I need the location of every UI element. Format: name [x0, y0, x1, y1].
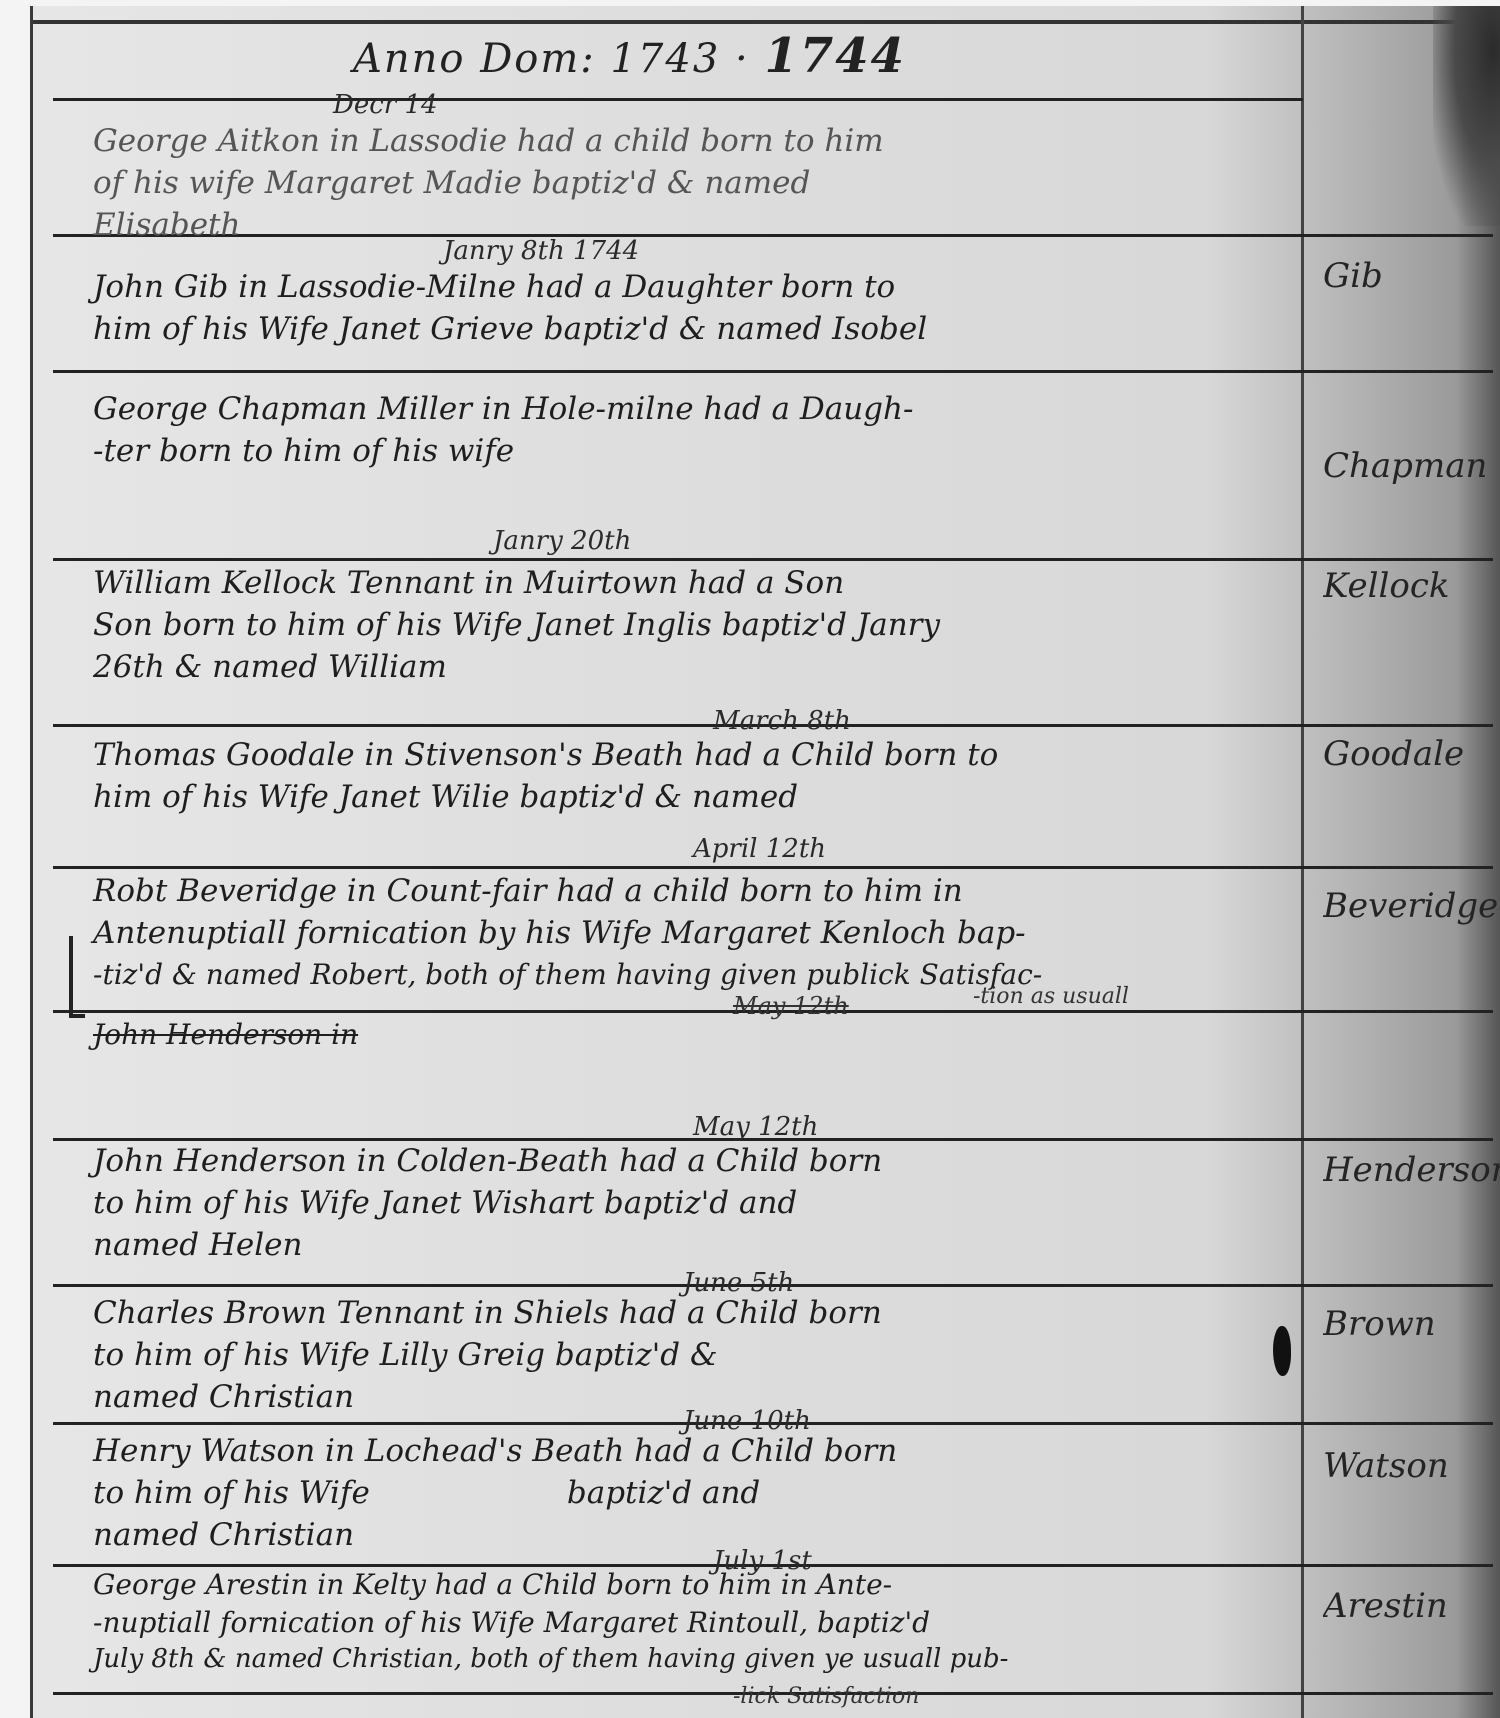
entry-line: Antenuptiall fornication by his Wife Mar…	[93, 912, 1323, 954]
entry-line: him of his Wife Janet Grieve baptiz'd & …	[93, 308, 1323, 350]
ink-blot	[1273, 1326, 1291, 1376]
entry-line: to him of his Wife Lilly Greig baptiz'd …	[93, 1334, 1323, 1376]
entry-line: named Helen	[93, 1224, 1323, 1266]
register-entry: June 10th Henry Watson in Lochead's Beat…	[93, 1406, 1323, 1556]
entry-line: Henry Watson in Lochead's Beath had a Ch…	[93, 1430, 1323, 1472]
entry-line: -ter born to him of his wife	[93, 430, 1323, 472]
page-header: Anno Dom: 1743 · 1744	[353, 28, 906, 84]
entry-date: Janry 20th	[493, 526, 631, 556]
margin-surname: Goodale	[1323, 734, 1500, 774]
entry-line: George Aitkon in Lassodie had a child bo…	[93, 120, 1323, 162]
entry-line: Robt Beveridge in Count-fair had a child…	[93, 870, 1323, 912]
register-entry: George Chapman Miller in Hole-milne had …	[93, 378, 1323, 472]
entry-line: to him of his Wife Janet Wishart baptiz'…	[93, 1182, 1323, 1224]
entry-line: July 8th & named Christian, both of them…	[93, 1642, 1323, 1676]
header-separator: ·	[735, 36, 750, 82]
entry-date: April 12th	[693, 834, 826, 864]
register-entry: June 5th Charles Brown Tennant in Shiels…	[93, 1268, 1323, 1418]
entry-date: Janry 8th 1744	[443, 236, 639, 266]
margin-surname: Kellock	[1323, 566, 1500, 606]
entry-line: 26th & named William	[93, 646, 1323, 688]
margin-surname: Watson	[1323, 1446, 1500, 1486]
entry-rule	[53, 98, 1303, 101]
register-entry: July 1st George Arestin in Kelty had a C…	[93, 1546, 1323, 1676]
top-rule	[33, 20, 1500, 24]
entry-date: March 8th	[713, 706, 851, 736]
entry-date: June 10th	[683, 1406, 811, 1436]
margin-surname: Gib	[1323, 256, 1500, 296]
margin-surname: Chapman	[1323, 446, 1500, 486]
register-entry: Janry 20th William Kellock Tennant in Mu…	[93, 526, 1323, 688]
entry-line: of his wife Margaret Madie baptiz'd & na…	[93, 162, 1323, 204]
entry-line: Son born to him of his Wife Janet Inglis…	[93, 604, 1323, 646]
entry-line: -nuptiall fornication of his Wife Margar…	[93, 1604, 1323, 1642]
margin-surname: Arestin	[1323, 1586, 1500, 1626]
entry-line: -tiz'd & named Robert, both of them havi…	[93, 954, 1323, 996]
register-entry: March 8th Thomas Goodale in Stivenson's …	[93, 706, 1323, 818]
register-entry: Janry 8th 1744 John Gib in Lassodie-Miln…	[93, 236, 1323, 350]
entry-line: him of his Wife Janet Wilie baptiz'd & n…	[93, 776, 1323, 818]
entry-line: George Arestin in Kelty had a Child born…	[93, 1566, 1323, 1604]
entry-line: Thomas Goodale in Stivenson's Beath had …	[93, 734, 1323, 776]
margin-surname: Beveridge	[1323, 886, 1500, 926]
entry-line: William Kellock Tennant in Muirtown had …	[93, 562, 1323, 604]
page-corner-shadow	[1433, 6, 1500, 226]
entry-line: George Chapman Miller in Hole-milne had …	[93, 388, 1323, 430]
entry-rule	[53, 370, 1493, 373]
entry-continuation: -lick Satisfaction	[733, 1684, 919, 1709]
entry-line: John Henderson in	[93, 1014, 1323, 1056]
margin-surname: Brown	[1323, 1304, 1500, 1344]
entry-line: John Henderson in Colden-Beath had a Chi…	[93, 1140, 1323, 1182]
register-page: Anno Dom: 1743 · 1744 Decr 14 George Ait…	[30, 6, 1500, 1718]
entry-line: to him of his Wife baptiz'd and	[93, 1472, 1323, 1514]
margin-bracket	[69, 936, 85, 1018]
entry-line: Charles Brown Tennant in Shiels had a Ch…	[93, 1292, 1323, 1334]
entry-date: July 1st	[713, 1546, 812, 1576]
header-year-1: 1743	[610, 36, 720, 82]
entry-continuation: -tion as usuall	[973, 984, 1129, 1009]
entry-date: June 5th	[683, 1268, 794, 1298]
register-entry-struck: John Henderson in	[93, 1014, 1323, 1056]
entry-date: Decr 14	[333, 90, 438, 120]
entry-line: John Gib in Lassodie-Milne had a Daughte…	[93, 266, 1323, 308]
margin-surname: Henderson	[1323, 1150, 1500, 1190]
header-year-2: 1744	[764, 28, 906, 84]
register-entry: Decr 14 George Aitkon in Lassodie had a …	[93, 102, 1323, 246]
register-entry: May 12th John Henderson in Colden-Beath …	[93, 1112, 1323, 1266]
entry-date: May 12th	[693, 1112, 818, 1142]
register-entry: April 12th Robt Beveridge in Count-fair …	[93, 834, 1323, 996]
header-prefix: Anno Dom:	[353, 36, 596, 82]
